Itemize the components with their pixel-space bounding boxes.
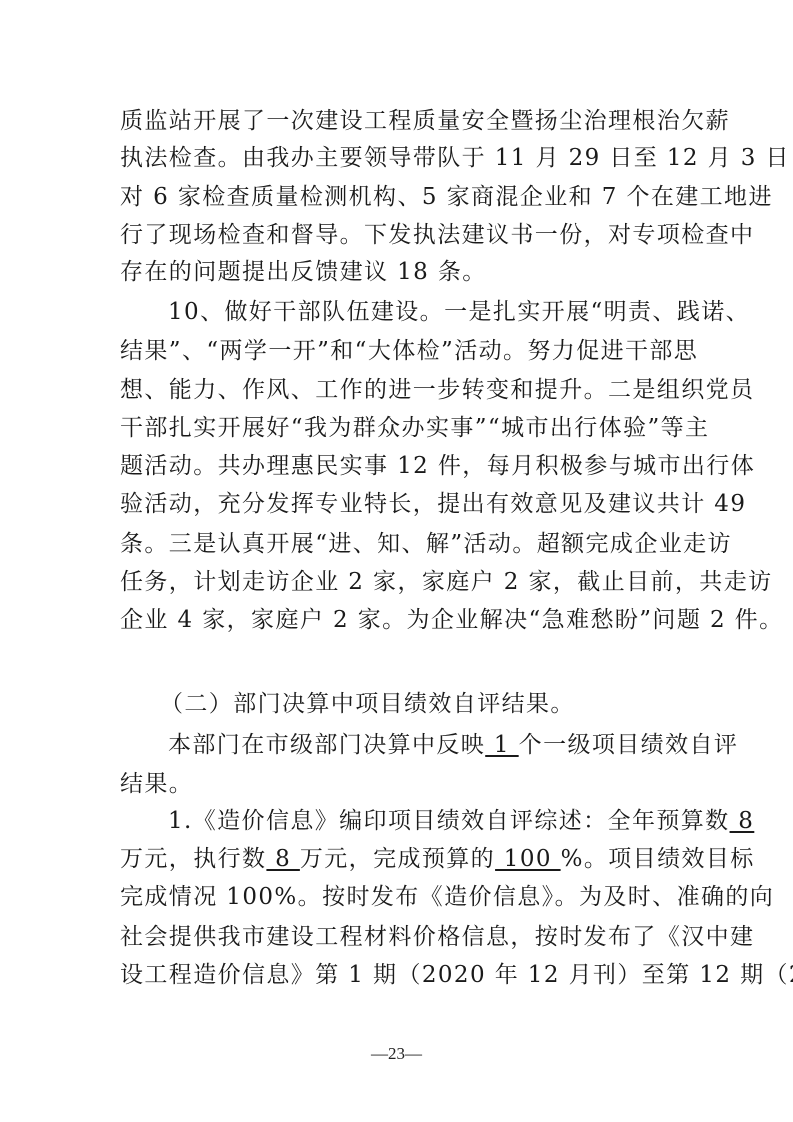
project-line-2: 万元，执行数 8 万元，完成预算的 100 %。项目绩效目标 [120,844,668,874]
summary-line: 本部门在市级部门决算中反映 1 个一级项目绩效自评 [168,730,668,760]
project-line-3: 完成情况 100%。按时发布《造价信息》。为及时、准确的向 [120,882,668,912]
project-line-1: 1.《造价信息》编印项目绩效自评综述：全年预算数 8 [168,806,668,836]
paragraph-line: 行了现场检查和督导。下发执法建议书一份，对专项检查中 [120,220,668,250]
budget-value: 8 [730,808,755,834]
page-number: —23— [0,1042,793,1066]
paragraph-line: 企业 4 家，家庭户 2 家。为企业解决“急难愁盼”问题 2 件。 [120,605,668,635]
text-segment: 万元，执行数 [120,846,266,872]
project-title: 1.《造价信息》编印项目绩效自评综述：全年预算数 [168,808,730,834]
completion-rate: 100 [495,846,561,872]
paragraph-line: 质监站开展了一次建设工程质量安全暨扬尘治理根治欠薪 [120,106,668,136]
summary-line-2: 结果。 [120,769,668,799]
paragraph-line: 结果”、“两学一开”和“大体检”活动。努力促进干部思 [120,336,668,366]
paragraph-line: 题活动。共办理惠民实事 12 件，每月积极参与城市出行体 [120,451,668,481]
summary-suffix: 个一级项目绩效自评 [519,732,739,758]
project-count: 1 [485,732,518,758]
paragraph-line: 干部扎实开展好“我为群众办实事”“城市出行体验”等主 [120,413,668,443]
document-page: 质监站开展了一次建设工程质量安全暨扬尘治理根治欠薪 执法检查。由我办主要领导带队… [0,0,793,1122]
paragraph-line: 想、能力、作风、工作的进一步转变和提升。二是组织党员 [120,375,668,405]
section-heading: （二）部门决算中项目绩效自评结果。 [160,689,668,719]
text-segment: 万元，完成预算的 [300,846,495,872]
summary-prefix: 本部门在市级部门决算中反映 [168,732,485,758]
paragraph-line-item-10: 10、做好干部队伍建设。一是扎实开展“明责、践诺、 [168,297,668,327]
paragraph-line: 存在的问题提出反馈建议 18 条。 [120,257,668,287]
paragraph-line: 对 6 家检查质量检测机构、5 家商混企业和 7 个在建工地进 [120,182,668,212]
project-line-4: 社会提供我市建设工程材料价格信息，按时发布了《汉中建 [120,922,668,952]
project-line-5: 设工程造价信息》第 1 期（2020 年 12 月刊）至第 12 期（2021 [120,960,668,990]
paragraph-line: 验活动，充分发挥专业特长，提出有效意见及建议共计 49 [120,489,668,519]
paragraph-line: 执法检查。由我办主要领导带队于 11 月 29 日至 12 月 3 日 [120,143,668,173]
executed-value: 8 [266,846,299,872]
paragraph-line: 任务，计划走访企业 2 家，家庭户 2 家，截止目前，共走访 [120,567,668,597]
text-segment: %。项目绩效目标 [561,846,755,872]
paragraph-line: 条。三是认真开展“进、知、解”活动。超额完成企业走访 [120,529,668,559]
